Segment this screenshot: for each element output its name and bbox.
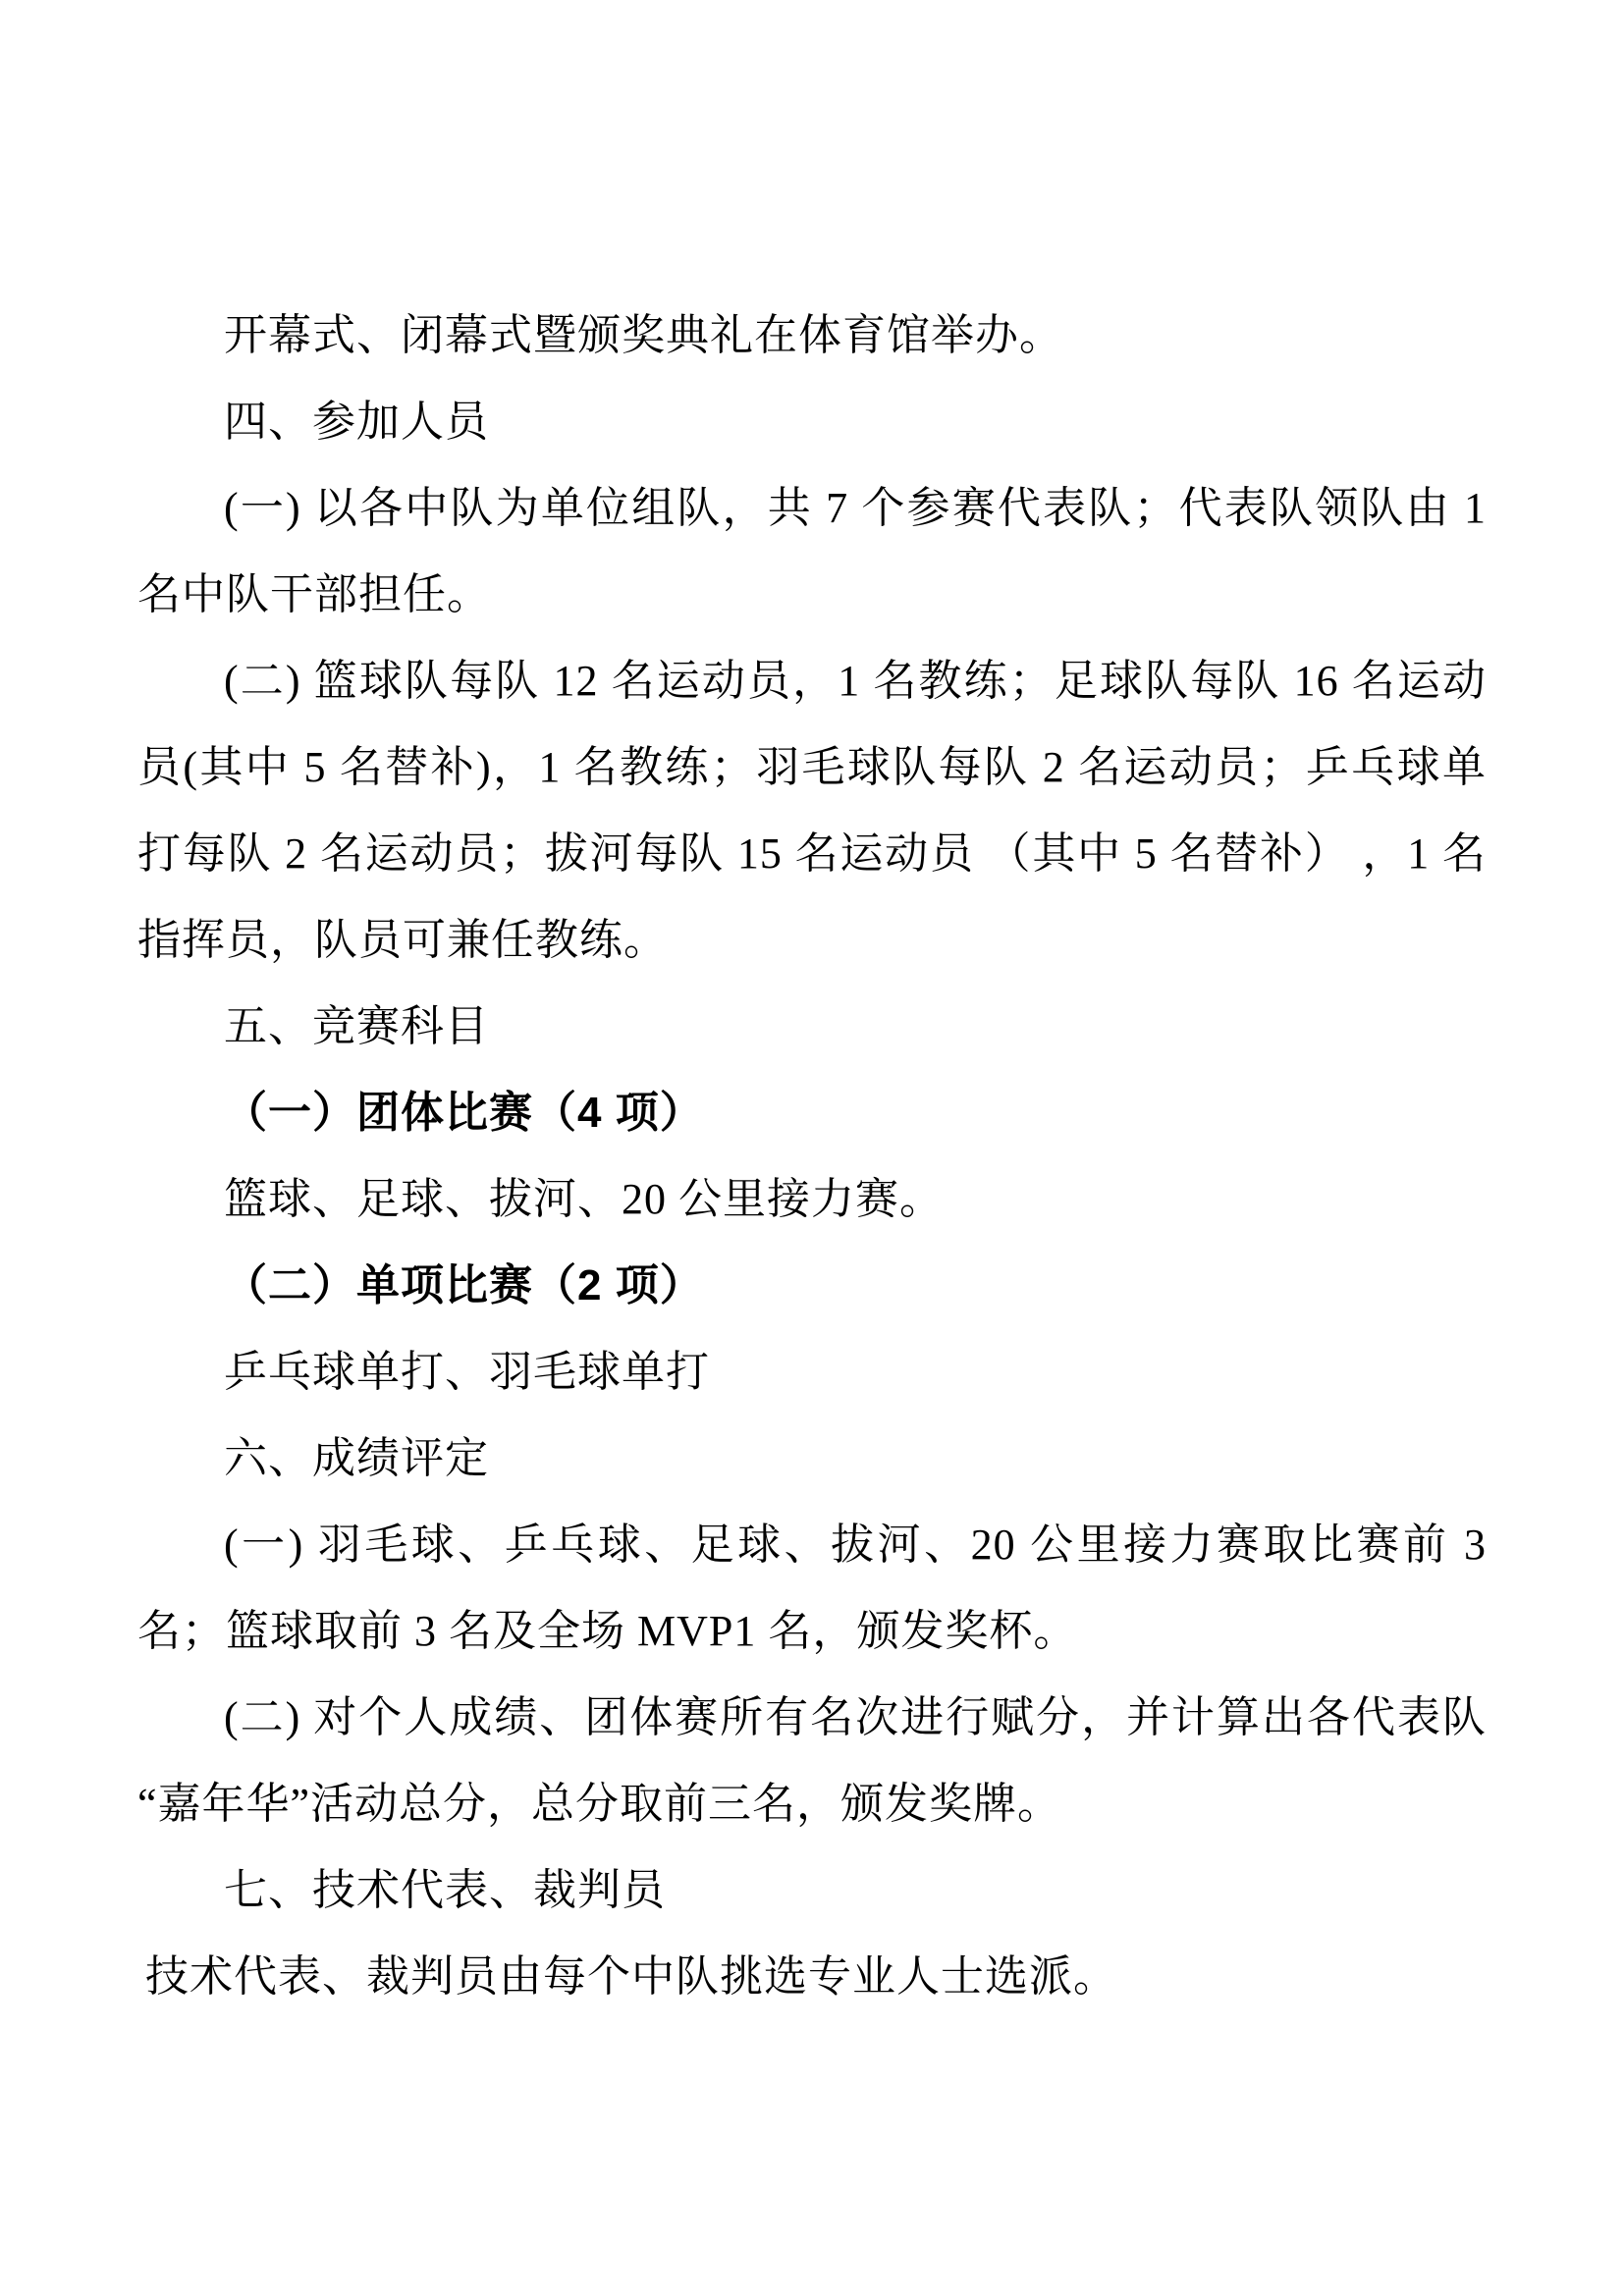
subheading-5-1-team-events: （一）团体比赛（4 项）	[137, 1070, 1487, 1156]
para-6-1-rankings: (一) 羽毛球、乒乓球、足球、拔河、20 公里接力赛取比赛前 3 名；篮球取前 …	[137, 1502, 1487, 1675]
heading-section-5: 五、竞赛科目	[137, 984, 1487, 1070]
para-5-1-event-list: 篮球、足球、拔河、20 公里接力赛。	[137, 1156, 1487, 1243]
para-4-2-rosters: (二) 篮球队每队 12 名运动员，1 名教练；足球队每队 16 名运动员(其中…	[137, 638, 1487, 984]
heading-section-7: 七、技术代表、裁判员	[137, 1847, 1487, 1934]
document-page: 开幕式、闭幕式暨颁奖典礼在体育馆举办。 四、参加人员 (一) 以各中队为单位组队…	[0, 0, 1624, 2296]
para-5-2-event-list: 乒乓球单打、羽毛球单打	[137, 1329, 1487, 1415]
heading-section-6: 六、成绩评定	[137, 1415, 1487, 1502]
para-ceremony-venue: 开幕式、闭幕式暨颁奖典礼在体育馆举办。	[137, 293, 1487, 379]
para-7-referees: 技术代表、裁判员由每个中队挑选专业人士选派。	[137, 1934, 1487, 2020]
subheading-5-2-individual-events: （二）单项比赛（2 项）	[137, 1243, 1487, 1329]
para-6-2-scoring: (二) 对个人成绩、团体赛所有名次进行赋分，并计算出各代表队“嘉年华”活动总分，…	[137, 1675, 1487, 1847]
para-4-1-teams: (一) 以各中队为单位组队，共 7 个参赛代表队；代表队领队由 1 名中队干部担…	[137, 465, 1487, 638]
heading-section-4: 四、参加人员	[137, 379, 1487, 465]
